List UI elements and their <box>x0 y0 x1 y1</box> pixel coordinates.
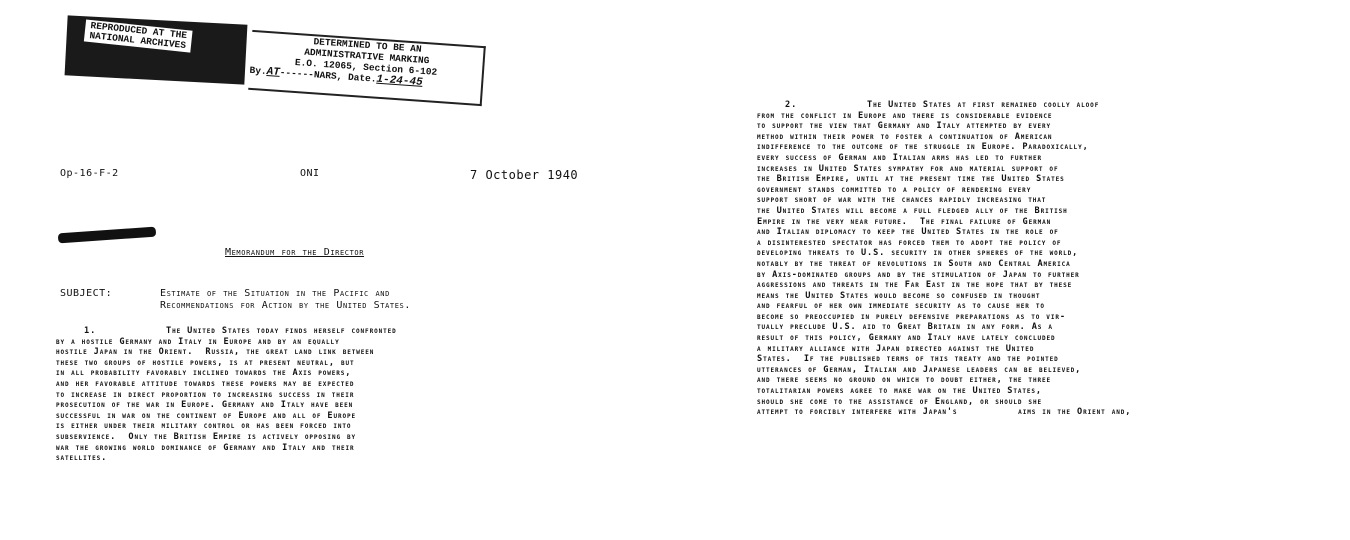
body-line: from the conflict in Europe and there is… <box>757 111 1131 122</box>
body-line: States. If the published terms of this t… <box>757 354 1131 365</box>
memo-title: Memorandum for the Director <box>225 247 364 258</box>
document-page-left: REPRODUCED AT THENATIONAL ARCHIVES DETER… <box>0 0 675 540</box>
redacted-classification-mark <box>58 227 156 244</box>
body-line: tually preclude U.S. aid to Great Britai… <box>757 322 1131 333</box>
body-line: a disinterested spectator has forced the… <box>757 238 1131 249</box>
body-line: and fearful of her own immediate securit… <box>757 301 1131 312</box>
subject-line: Recommendations for Action by the United… <box>160 300 411 312</box>
document-date: 7 October 1940 <box>470 168 578 182</box>
body-line: and there seems no ground on which to do… <box>757 375 1131 386</box>
subject-text: Estimate of the Situation in the Pacific… <box>160 288 411 312</box>
body-line: government stands committed to a policy … <box>757 185 1131 196</box>
subject-label: SUBJECT: <box>60 288 112 299</box>
body-line: subservience. Only the British Empire is… <box>56 432 397 443</box>
body-line: by Axis-dominated groups and by the stim… <box>757 270 1131 281</box>
body-line: become so preoccupied in purely defensiv… <box>757 312 1131 323</box>
paragraph-1: 1.The United States today finds herself … <box>56 326 397 464</box>
signature-prefix: By <box>249 65 261 77</box>
body-line: the United States will become a full fle… <box>757 206 1131 217</box>
body-line: aggressions and threats in the Far East … <box>757 280 1131 291</box>
subject-line: Estimate of the Situation in the Pacific… <box>160 288 411 300</box>
body-line: war the growing world dominance of Germa… <box>56 443 397 454</box>
body-line: increases in United States sympathy for … <box>757 164 1131 175</box>
body-line: the British Empire, until at the present… <box>757 174 1131 185</box>
body-line: hostile Japan in the Orient. Russia, the… <box>56 347 397 358</box>
reference-code: Op-16-F-2 <box>60 168 119 179</box>
body-line: notably by the threat of revolutions in … <box>757 259 1131 270</box>
body-line: by a hostile Germany and Italy in Europe… <box>56 337 397 348</box>
body-line: successful in war on the continent of Eu… <box>56 411 397 422</box>
paragraph-2: 2.The United States at first remained co… <box>757 100 1131 418</box>
body-line: Empire in the very near future. The fina… <box>757 217 1131 228</box>
body-line: result of this policy, Germany and Italy… <box>757 333 1131 344</box>
body-line: to support the view that Germany and Ita… <box>757 121 1131 132</box>
body-line: totalitarian powers agree to make war on… <box>757 386 1131 397</box>
body-line: a military alliance with Japan directed … <box>757 344 1131 355</box>
body-line: utterances of German, Italian and Japane… <box>757 365 1131 376</box>
document-page-right: 2.The United States at first remained co… <box>675 0 1350 540</box>
body-line: means the United States would become so … <box>757 291 1131 302</box>
body-line: to increase in direct proportion to incr… <box>56 390 397 401</box>
body-line: satellites. <box>56 453 397 464</box>
body-line: and Italian diplomacy to keep the United… <box>757 227 1131 238</box>
body-line: attempt to forcibly interfere with Japan… <box>757 407 1131 418</box>
body-line: and her favorable attitude towards these… <box>56 379 397 390</box>
declassification-stamp: DETERMINED TO BE AN ADMINISTRATIVE MARKI… <box>248 30 486 106</box>
signature-initials: AT <box>266 66 280 79</box>
body-line: developing threats to U.S. security in o… <box>757 248 1131 259</box>
body-line: in all probability favorably inclined to… <box>56 368 397 379</box>
paragraph-number: 1. <box>56 326 166 337</box>
paragraph-number: 2. <box>757 100 867 111</box>
body-line: 2.The United States at first remained co… <box>757 100 1131 111</box>
body-line: every success of German and Italian arms… <box>757 153 1131 164</box>
body-line: should she come to the assistance of Eng… <box>757 397 1131 408</box>
body-line: is either under their military control o… <box>56 421 397 432</box>
stamp-date: 1-24-45 <box>376 74 423 89</box>
body-line: 1.The United States today finds herself … <box>56 326 397 337</box>
body-line: indifference to the outcome of the strug… <box>757 142 1131 153</box>
body-line: these two groups of hostile powers, is a… <box>56 358 397 369</box>
body-line: method within their power to foster a co… <box>757 132 1131 143</box>
body-line: support short of war with the chances ra… <box>757 195 1131 206</box>
body-line: prosecution of the war in Europe. German… <box>56 400 397 411</box>
national-archives-stamp: REPRODUCED AT THENATIONAL ARCHIVES <box>65 15 248 84</box>
office-code: ONI <box>300 168 320 179</box>
